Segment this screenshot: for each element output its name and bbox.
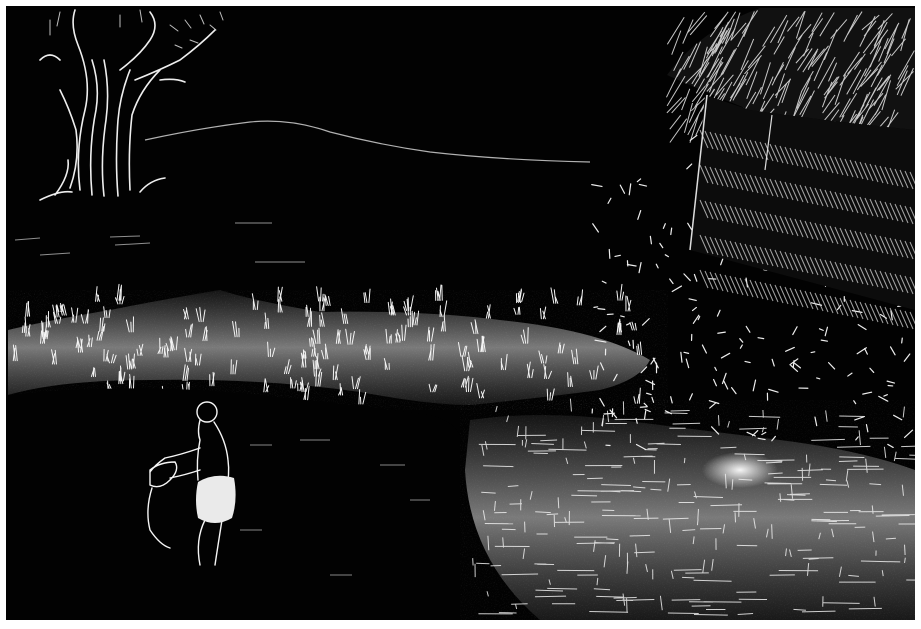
marsh-bank: [460, 400, 915, 620]
white-wrap: [196, 476, 236, 523]
stream: [8, 388, 480, 620]
scratchboard-illustration: [0, 0, 921, 629]
